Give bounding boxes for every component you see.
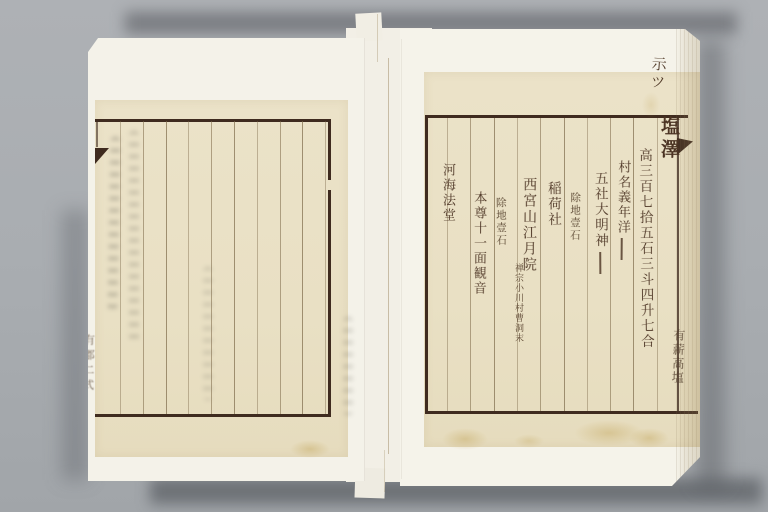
- vertical-text-column: 稲荷社: [543, 181, 563, 228]
- paper-stain: [290, 440, 330, 458]
- paper-stain: [642, 92, 660, 118]
- book-shadow-left: [62, 210, 88, 480]
- column-rule-line: [234, 121, 235, 414]
- vertical-text-column: 村名義年洋: [613, 160, 633, 260]
- vertical-text-column: 高三百七拾五石三斗四升七合: [634, 148, 656, 350]
- book-shadow-right: [697, 40, 725, 486]
- showthrough-smudge: [203, 266, 213, 401]
- photograph-background: 有郡二式 塩澤高三百七拾五石三斗四升七合村名義年洋五社大明神除地壹石稲荷社西宮山…: [0, 0, 768, 512]
- paper-stain: [442, 428, 488, 450]
- vertical-text-column: 西宮山江月院: [519, 177, 540, 273]
- column-rule-line: [143, 121, 144, 414]
- vertical-text-column: 除地壹石: [494, 197, 510, 247]
- edge-title-side-right: 有薪高塩: [669, 329, 688, 386]
- column-rule-line: [302, 121, 303, 414]
- column-rule-line: [120, 121, 121, 414]
- left-page-sheet: [95, 100, 348, 457]
- right-page-leaf: 塩澤高三百七拾五石三斗四升七合村名義年洋五社大明神除地壹石稲荷社西宮山江月院禅宗…: [400, 29, 700, 486]
- vertical-text-column: 五社大明神: [590, 171, 611, 274]
- vertical-text-column: 河海法堂: [438, 163, 457, 223]
- gutter-crease: [384, 450, 385, 492]
- column-rule-line: [325, 121, 326, 414]
- edge-title-top-right: 示ツ: [647, 55, 670, 92]
- left-page-leaf: 有郡二式: [88, 38, 365, 481]
- column-rule-line: [188, 121, 189, 414]
- gutter-crease: [388, 58, 389, 454]
- trailing-line: [621, 238, 623, 260]
- leaf-edge-line: [401, 39, 402, 479]
- fore-edge-pages: [676, 29, 700, 486]
- trailing-line: [599, 251, 601, 273]
- column-rule-line: [166, 121, 167, 414]
- showthrough-smudge: [129, 130, 139, 345]
- showthrough-smudge: [343, 316, 353, 416]
- vertical-text-column: 除地壹石: [568, 192, 584, 242]
- gutter-crease: [377, 14, 378, 62]
- vertical-text-column: 禅宗小川村曹洞末: [512, 263, 525, 343]
- column-rule-line: [280, 121, 281, 414]
- manuscript-text-block: 塩澤高三百七拾五石三斗四升七合村名義年洋五社大明神除地壹石稲荷社西宮山江月院禅宗…: [424, 72, 700, 447]
- paper-stain: [514, 434, 544, 448]
- vertical-text-column: 本尊十一面観音: [469, 191, 489, 296]
- column-rule-line: [257, 121, 258, 414]
- spine-fold-tab-top: [355, 12, 382, 41]
- leaf-edge-line: [364, 38, 365, 481]
- right-page-sheet: 塩澤高三百七拾五石三斗四升七合村名義年洋五社大明神除地壹石稲荷社西宮山江月院禅宗…: [424, 72, 700, 447]
- paper-stain: [629, 428, 669, 448]
